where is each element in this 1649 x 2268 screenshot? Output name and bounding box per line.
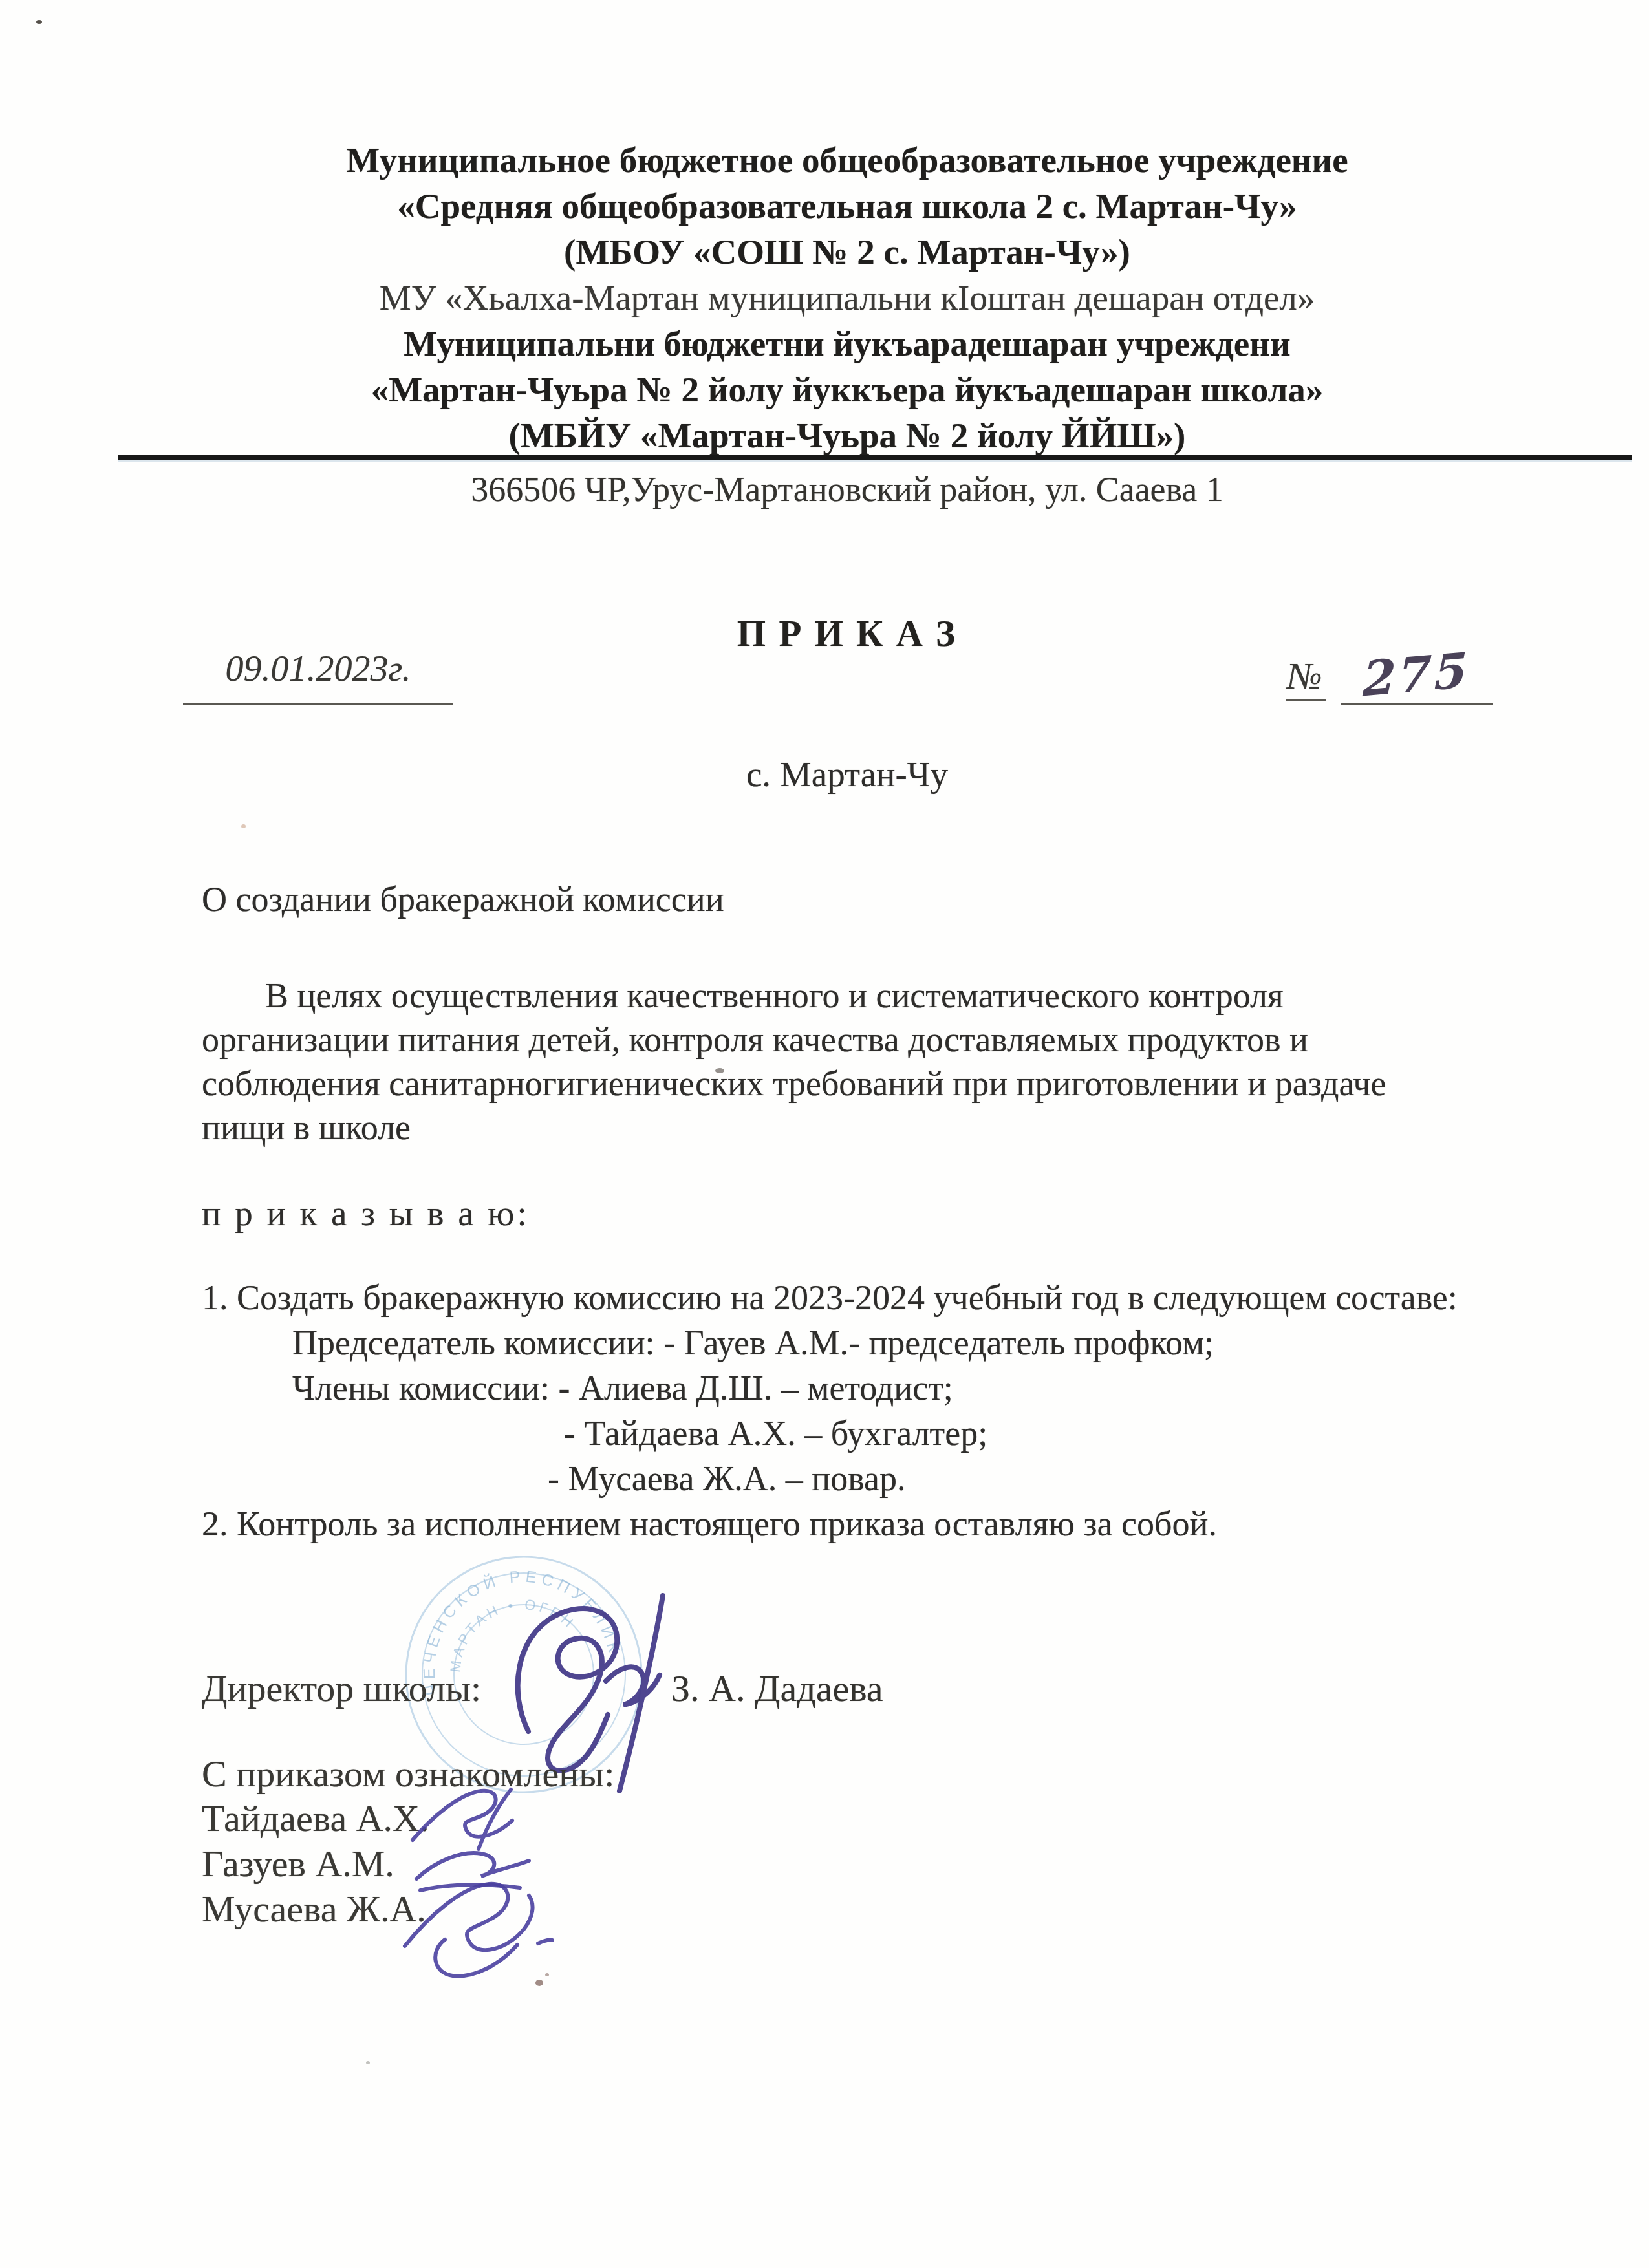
- order-place: с. Мартан-Чу: [200, 754, 1494, 795]
- preamble-line-4: пищи в школе: [202, 1106, 1599, 1150]
- order-item-2: 2. Контроль за исполнением настоящего пр…: [202, 1501, 1611, 1546]
- letterhead-line-6: «Мартан-Чуьра № 2 йолу йуккъера йукъадеш…: [200, 367, 1494, 412]
- scan-speck: [545, 1973, 549, 1976]
- scan-speck: [36, 20, 42, 24]
- order-subject: О создании бракеражной комиссии: [202, 879, 724, 919]
- letterhead-line-4: МУ «Хьалха-Мартан муниципальни кІоштан д…: [200, 275, 1494, 321]
- order-item-chair: Председатель комиссии: - Гауев А.М.- пре…: [202, 1320, 1611, 1365]
- order-date: 09.01.2023г.: [183, 648, 453, 705]
- order-number-block: № 275: [1286, 654, 1493, 705]
- scan-speck: [241, 824, 246, 828]
- letterhead-line-2: «Средняя общеобразовательная школа 2 с. …: [200, 183, 1494, 229]
- letterhead-divider-rule: [118, 455, 1632, 460]
- order-preamble: В целях осуществления качественного и си…: [202, 974, 1599, 1150]
- preamble-line-2: организации питания детей, контроля каче…: [202, 1018, 1599, 1062]
- letterhead-line-1: Муниципальное бюджетное общеобразователь…: [200, 137, 1494, 183]
- letterhead-line-7: (МБЙУ «Мартан-Чуьра № 2 йолу ЙЙШ»): [200, 412, 1494, 458]
- letterhead-line-3: (МБОУ «СОШ № 2 с. Мартан-Чу»): [200, 229, 1494, 275]
- order-item-member-3: - Мусаева Ж.А. – повар.: [202, 1456, 1611, 1501]
- director-role-label: Директор школы:: [202, 1667, 481, 1710]
- order-number-handwritten: 275: [1363, 650, 1471, 701]
- order-item-members: Члены комиссии: - Алиева Д.Ш. – методист…: [202, 1365, 1611, 1411]
- letterhead: Муниципальное бюджетное общеобразователь…: [200, 137, 1494, 458]
- scan-speck: [535, 1980, 543, 1986]
- decree-word: п р и к а з ы в а ю:: [202, 1193, 530, 1234]
- letterhead-address: 366506 ЧР,Урус-Мартановский район, ул. С…: [200, 469, 1494, 509]
- order-items: 1. Создать бракеражную комиссию на 2023-…: [202, 1275, 1611, 1546]
- director-name: З. А. Дадаева: [671, 1667, 883, 1710]
- signature-musaeva: [391, 1867, 555, 1990]
- order-item-1: 1. Создать бракеражную комиссию на 2023-…: [202, 1275, 1611, 1320]
- letterhead-line-5: Муниципальни бюджетни йукъарадешаран учр…: [200, 321, 1494, 367]
- order-number-underline: 275: [1341, 654, 1493, 705]
- order-item-member-2: - Тайдаева А.Х. – бухгалтер;: [202, 1411, 1611, 1456]
- scan-speck: [715, 1068, 724, 1073]
- preamble-line-1: В целях осуществления качественного и си…: [202, 974, 1599, 1018]
- ack-name-1: Тайдаева А.Х.: [202, 1796, 429, 1841]
- scan-speck: [366, 2061, 370, 2064]
- order-number-label: №: [1286, 654, 1326, 701]
- preamble-line-3: соблюдения санитарногигиенических требов…: [202, 1062, 1599, 1106]
- scanned-order-document: Муниципальное бюджетное общеобразователь…: [0, 0, 1649, 2268]
